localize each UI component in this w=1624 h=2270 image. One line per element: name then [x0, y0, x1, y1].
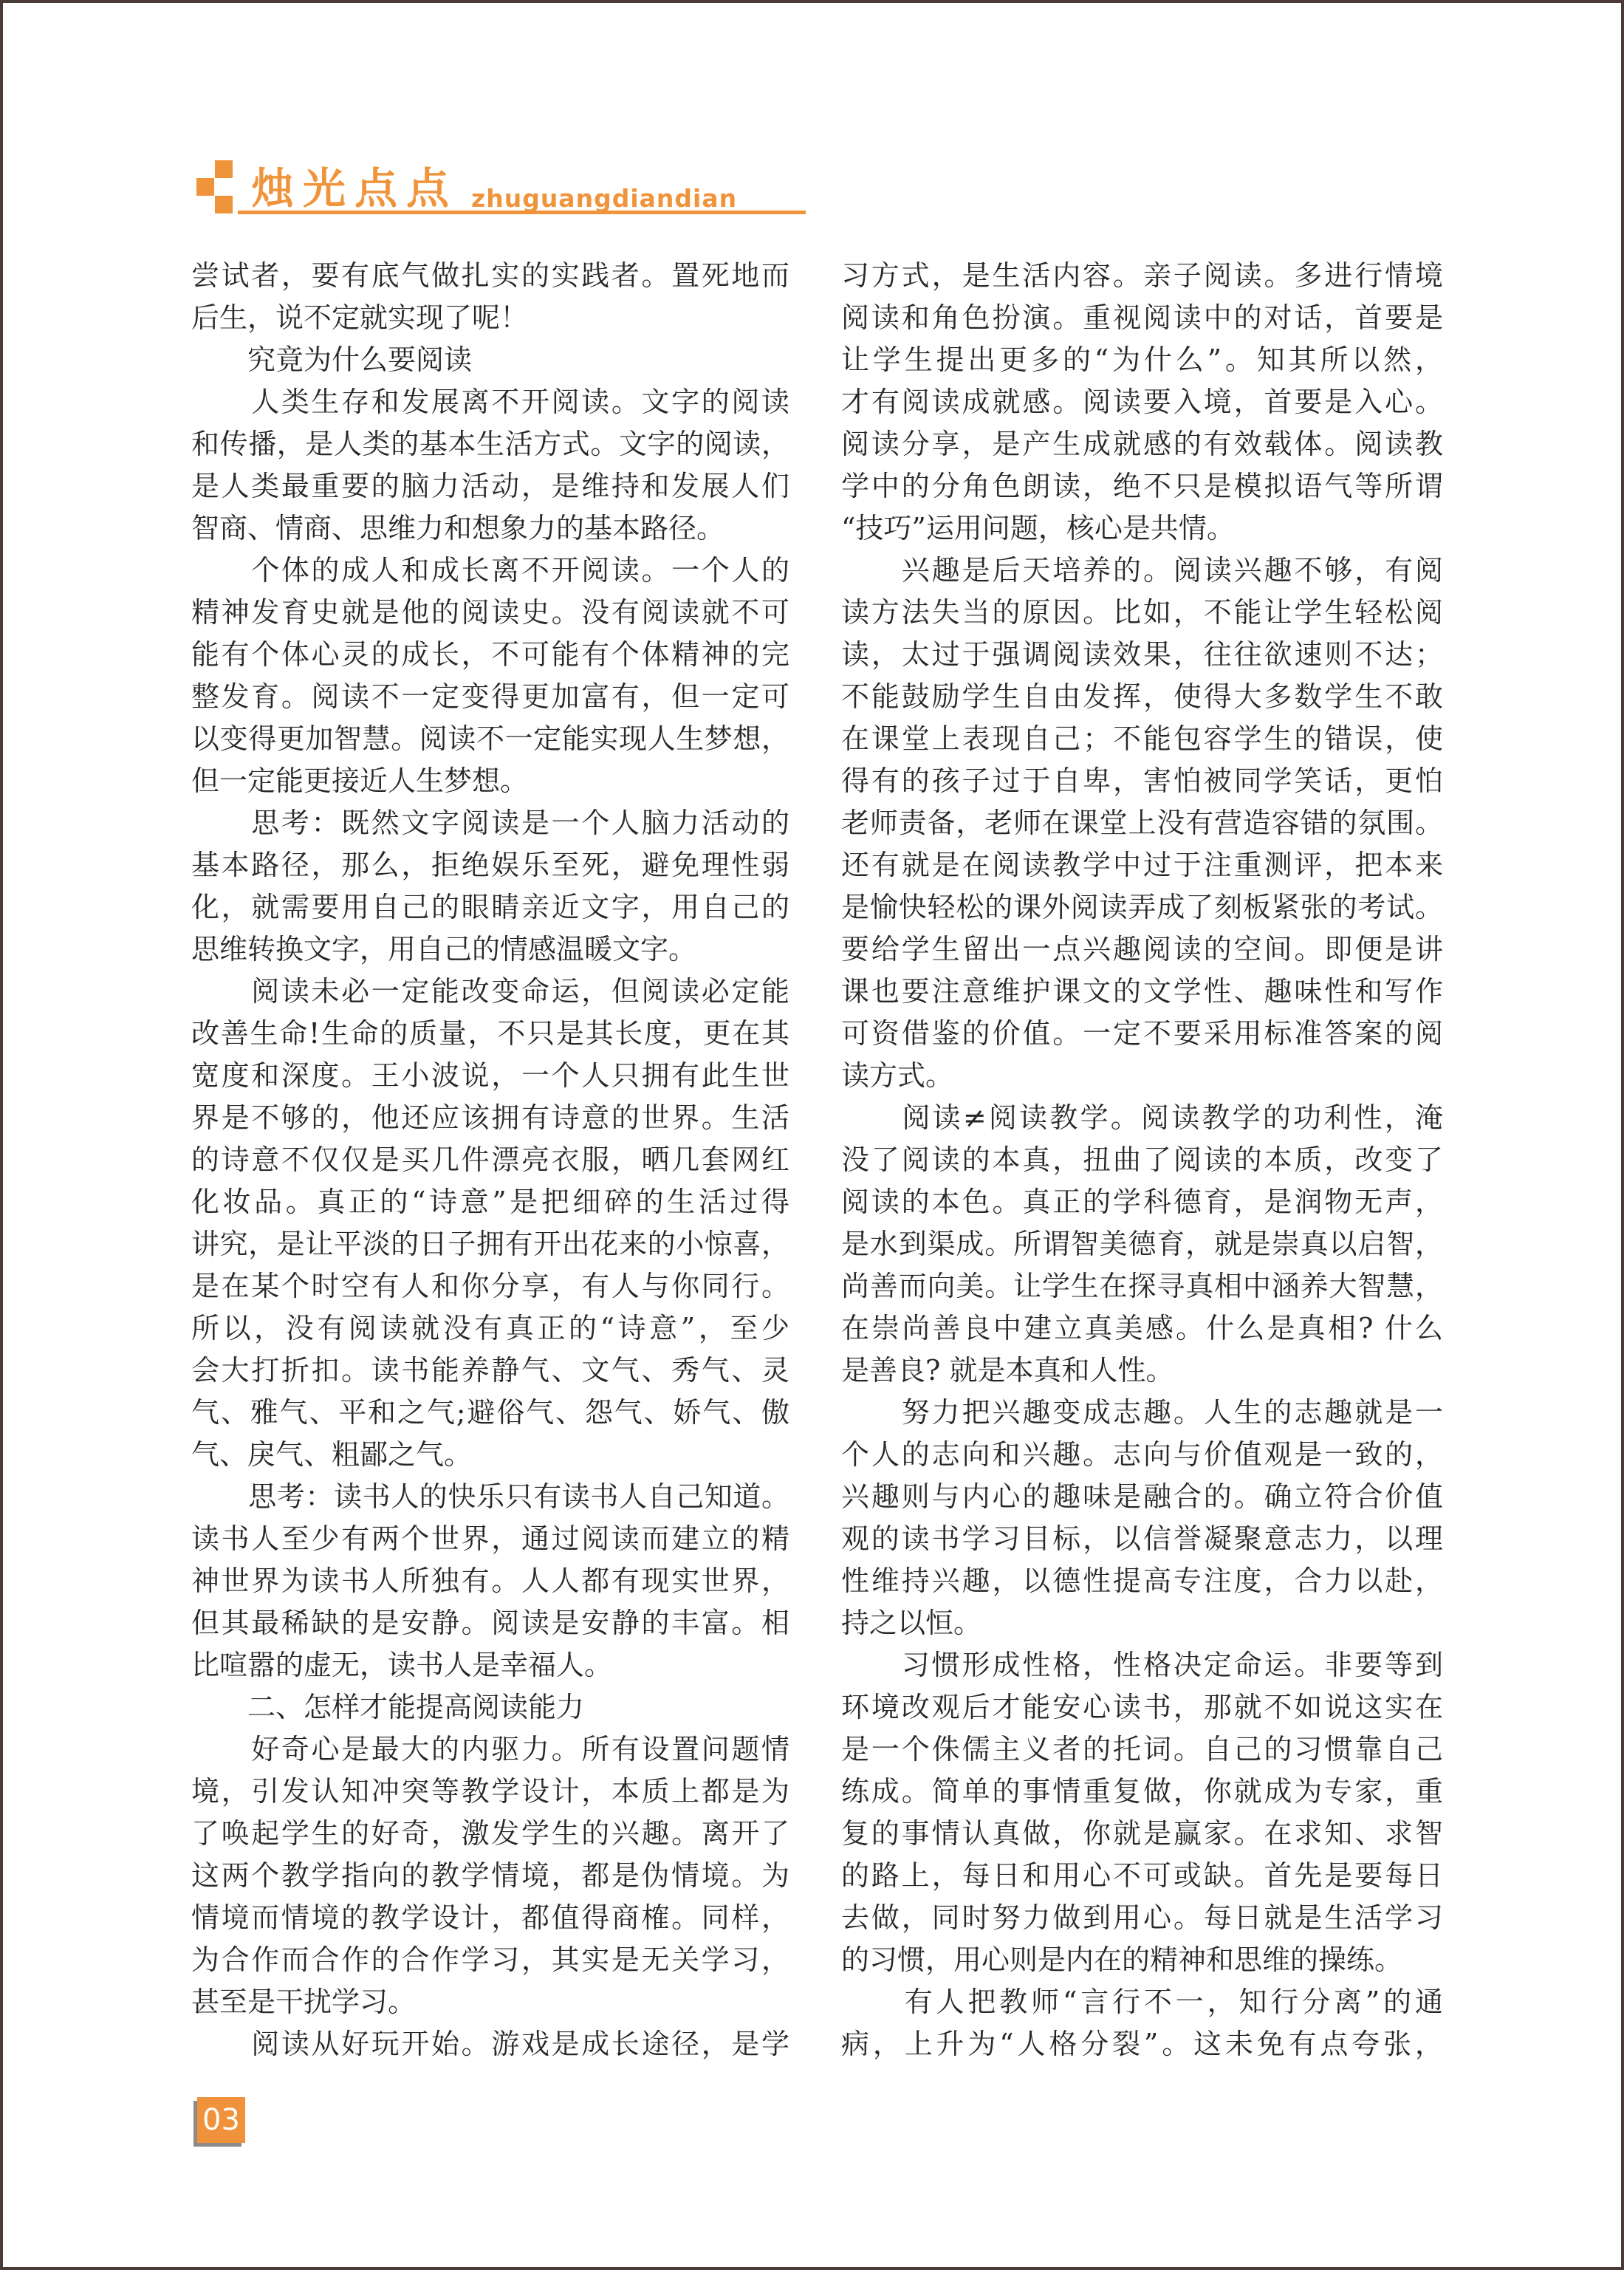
text-line: 课也要注意维护课文的文学性、趣味性和写作	[841, 971, 1443, 1013]
text-line: 才有阅读成就感。阅读要入境，首要是入心。	[841, 381, 1443, 423]
left-column: 尝试者，要有底气做扎实的实践者。置死地而后生，说不定就实现了呢！ 究竟为什么要阅…	[191, 255, 789, 2065]
text-line: 阅读未必一定能改变命运，但阅读必定能	[191, 971, 789, 1013]
text-line: 是在某个时空有人和你分享，有人与你同行。	[191, 1265, 789, 1307]
text-line: 观的读书学习目标，以信誉凝聚意志力，以理	[841, 1518, 1443, 1560]
text-line: 的习惯，用心则是内在的精神和思维的操练。	[841, 1939, 1443, 1981]
text-line: 持之以恒。	[841, 1602, 1443, 1644]
text-line: 个人的志向和兴趣。志向与价值观是一致的，	[841, 1434, 1443, 1476]
text-line: 个体的成人和成长离不开阅读。一个人的	[191, 550, 789, 592]
text-line: 智商、情商、思维力和想象力的基本路径。	[191, 507, 789, 550]
text-line: 在崇尚善良中建立真美感。什么是真相? 什么	[841, 1307, 1443, 1350]
text-line: 所以，没有阅读就没有真正的“诗意”，至少	[191, 1307, 789, 1350]
text-line: 气、戾气、粗鄙之气。	[191, 1434, 789, 1476]
text-line: 兴趣则与内心的趣味是融合的。确立符合价值	[841, 1476, 1443, 1518]
text-line: 境，引发认知冲突等教学设计，本质上都是为	[191, 1771, 789, 1813]
text-line: 习惯形成性格，性格决定命运。非要等到	[841, 1644, 1443, 1686]
logo-square	[196, 178, 214, 196]
logo-square	[215, 196, 233, 213]
text-line: 让学生提出更多的“为什么”。知其所以然，	[841, 339, 1443, 381]
text-line: 兴趣是后天培养的。阅读兴趣不够，有阅	[841, 550, 1443, 592]
text-line: 思考：读书人的快乐只有读书人自己知道。	[191, 1476, 789, 1518]
text-line: 没了阅读的本真，扭曲了阅读的本质，改变了	[841, 1139, 1443, 1181]
text-line: 神世界为读书人所独有。人人都有现实世界，	[191, 1560, 789, 1602]
text-line: 要给学生留出一点兴趣阅读的空间。即便是讲	[841, 929, 1443, 971]
text-line: 甚至是干扰学习。	[191, 1981, 789, 2023]
text-line: 可资借鉴的价值。一定不要采用标准答案的阅	[841, 1013, 1443, 1055]
text-line: “技巧”运用问题，核心是共情。	[841, 507, 1443, 550]
text-line: 老师责备，老师在课堂上没有营造容错的氛围。	[841, 802, 1443, 844]
text-line: 去做，同时努力做到用心。每日就是生活学习	[841, 1897, 1443, 1939]
text-line: 还有就是在阅读教学中过于注重测评，把本来	[841, 844, 1443, 886]
text-line: 环境改观后才能安心读书，那就不如说这实在	[841, 1686, 1443, 1729]
text-line: 不能鼓励学生自由发挥，使得大多数学生不敢	[841, 676, 1443, 718]
text-line: 阅读的本色。真正的学科德育，是润物无声，	[841, 1181, 1443, 1223]
text-line: 宽度和深度。王小波说，一个人只拥有此生世	[191, 1055, 789, 1097]
magazine-page: 烛光点点 zhuguangdiandian 尝试者，要有底气做扎实的实践者。置死…	[0, 0, 1624, 2270]
text-line: 阅读≠阅读教学。阅读教学的功利性，淹	[841, 1097, 1443, 1139]
section-title: 烛光点点	[251, 164, 458, 213]
text-line: 是一个侏儒主义者的托词。自己的习惯靠自己	[841, 1729, 1443, 1771]
text-line: 究竟为什么要阅读	[191, 339, 789, 381]
text-line: 基本路径，那么，拒绝娱乐至死，避免理性弱	[191, 844, 789, 886]
text-line: 改善生命!生命的质量，不只是其长度，更在其	[191, 1013, 789, 1055]
text-line: 能有个体心灵的成长，不可能有个体精神的完	[191, 634, 789, 676]
text-line: 练成。简单的事情重复做，你就成为专家，重	[841, 1771, 1443, 1813]
section-subtitle-pinyin: zhuguangdiandian	[471, 185, 737, 213]
text-line: 这两个教学指向的教学情境，都是伪情境。为	[191, 1855, 789, 1897]
text-line: 为合作而合作的合作学习，其实是无关学习，	[191, 1939, 789, 1981]
text-line: 读书人至少有两个世界，通过阅读而建立的精	[191, 1518, 789, 1560]
logo-square	[215, 160, 233, 178]
text-line: 后生，说不定就实现了呢！	[191, 297, 789, 339]
text-line: 是愉快轻松的课外阅读弄成了刻板紧张的考试。	[841, 886, 1443, 929]
text-line: 是水到渠成。所谓智美德育，就是崇真以启智，	[841, 1223, 1443, 1265]
text-line: 习方式，是生活内容。亲子阅读。多进行情境	[841, 255, 1443, 297]
text-line: 比喧嚣的虚无，读书人是幸福人。	[191, 1644, 789, 1686]
text-line: 气、雅气、平和之气;避俗气、怨气、娇气、傲	[191, 1392, 789, 1434]
text-line: 在课堂上表现自己；不能包容学生的错误，使	[841, 718, 1443, 760]
text-line: 性维持兴趣，以德性提高专注度，合力以赴，	[841, 1560, 1443, 1602]
text-line: 会大打折扣。读书能养静气、文气、秀气、灵	[191, 1350, 789, 1392]
text-line: 了唤起学生的好奇，激发学生的兴趣。离开了	[191, 1813, 789, 1855]
text-line: 二、怎样才能提高阅读能力	[191, 1686, 789, 1729]
text-line: 情境而情境的教学设计，都值得商榷。同样，	[191, 1897, 789, 1939]
text-line: 人类生存和发展离不开阅读。文字的阅读	[191, 381, 789, 423]
text-line: 尚善而向美。让学生在探寻真相中涵养大智慧，	[841, 1265, 1443, 1307]
text-line: 尝试者，要有底气做扎实的实践者。置死地而	[191, 255, 789, 297]
text-line: 好奇心是最大的内驱力。所有设置问题情	[191, 1729, 789, 1771]
page-number-badge: 03	[197, 2097, 245, 2143]
text-line: 的路上，每日和用心不可或缺。首先是要每日	[841, 1855, 1443, 1897]
text-line: 是人类最重要的脑力活动，是维持和发展人们	[191, 465, 789, 507]
logo-icon	[196, 160, 233, 213]
text-line: 整发育。阅读不一定变得更加富有，但一定可	[191, 676, 789, 718]
text-line: 努力把兴趣变成志趣。人生的志趣就是一	[841, 1392, 1443, 1434]
text-line: 界是不够的，他还应该拥有诗意的世界。生活	[191, 1097, 789, 1139]
text-line: 读方法失当的原因。比如，不能让学生轻松阅	[841, 592, 1443, 634]
header-underline	[238, 211, 806, 214]
text-line: 但一定能更接近人生梦想。	[191, 760, 789, 802]
text-line: 化，就需要用自己的眼睛亲近文字，用自己的	[191, 886, 789, 929]
text-line: 和传播，是人类的基本生活方式。文字的阅读，	[191, 423, 789, 465]
right-column: 习方式，是生活内容。亲子阅读。多进行情境阅读和角色扮演。重视阅读中的对话，首要是…	[841, 255, 1443, 2065]
text-line: 化妆品。真正的“诗意”是把细碎的生活过得	[191, 1181, 789, 1223]
text-line: 的诗意不仅仅是买几件漂亮衣服，晒几套网红	[191, 1139, 789, 1181]
text-line: 阅读和角色扮演。重视阅读中的对话，首要是	[841, 297, 1443, 339]
text-line: 病，上升为“人格分裂”。这未免有点夸张，	[841, 2023, 1443, 2065]
text-line: 精神发育史就是他的阅读史。没有阅读就不可	[191, 592, 789, 634]
text-line: 思考：既然文字阅读是一个人脑力活动的	[191, 802, 789, 844]
text-line: 有人把教师“言行不一，知行分离”的通	[841, 1981, 1443, 2023]
text-line: 阅读分享，是产生成就感的有效载体。阅读教	[841, 423, 1443, 465]
text-line: 讲究，是让平淡的日子拥有开出花来的小惊喜，	[191, 1223, 789, 1265]
text-line: 阅读从好玩开始。游戏是成长途径，是学	[191, 2023, 789, 2065]
text-line: 是善良? 就是本真和人性。	[841, 1350, 1443, 1392]
text-line: 以变得更加智慧。阅读不一定能实现人生梦想，	[191, 718, 789, 760]
text-line: 学中的分角色朗读，绝不只是模拟语气等所谓	[841, 465, 1443, 507]
text-line: 读方式。	[841, 1055, 1443, 1097]
text-line: 得有的孩子过于自卑，害怕被同学笑话，更怕	[841, 760, 1443, 802]
text-line: 读，太过于强调阅读效果，往往欲速则不达；	[841, 634, 1443, 676]
text-line: 复的事情认真做，你就是赢家。在求知、求智	[841, 1813, 1443, 1855]
text-line: 思维转换文字，用自己的情感温暖文字。	[191, 929, 789, 971]
text-line: 但其最稀缺的是安静。阅读是安静的丰富。相	[191, 1602, 789, 1644]
